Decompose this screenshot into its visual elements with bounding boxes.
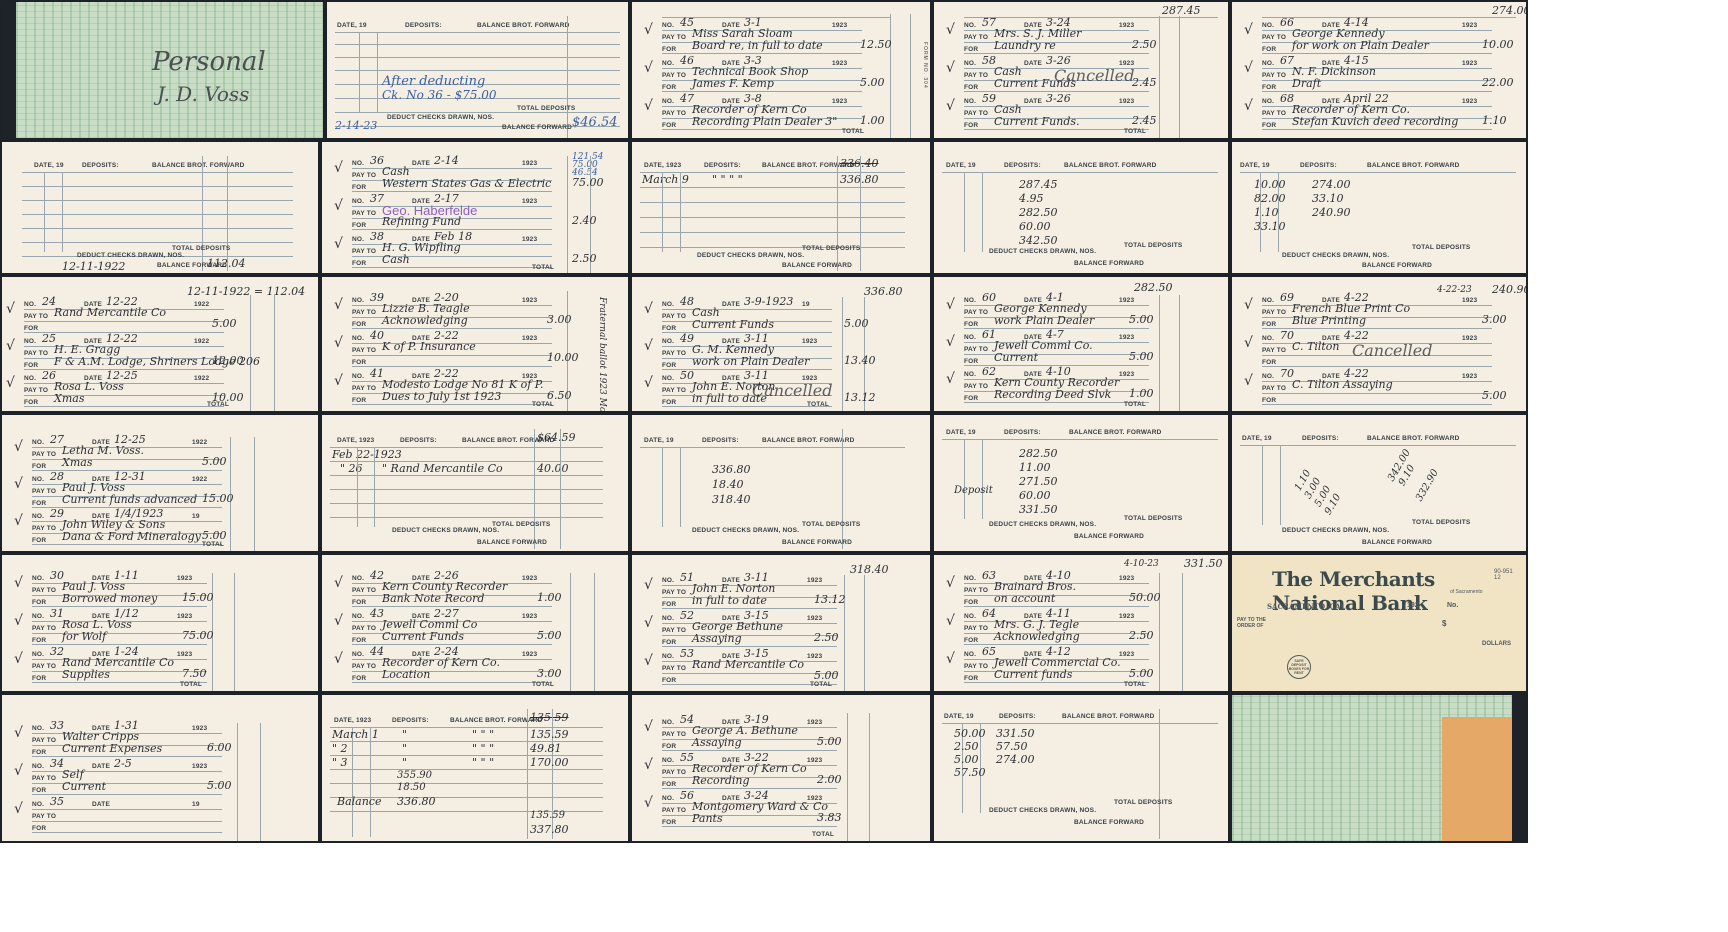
deposit-page-1: DATE, 19 DEPOSITS: BALANCE BROT. FORWARD… (325, 0, 630, 140)
no-label: NO. (352, 613, 364, 620)
check-mark-icon: √ (1244, 98, 1253, 114)
memo: Refining Fund (382, 215, 461, 228)
checkbook-collage: Personal J. D. Voss DATE, 19 DEPOSITS: B… (0, 0, 1728, 932)
total-deposits-label: TOTAL DEPOSITS (802, 245, 860, 252)
balance-value: 336.80 (397, 795, 436, 808)
rule (662, 739, 837, 740)
deduct-label: DEDUCT CHECKS DRAWN, NOS. (1282, 252, 1389, 259)
check-year: 19 (192, 801, 200, 808)
check-year: 1923 (832, 22, 847, 29)
no-label: NO. (352, 236, 364, 243)
check-mark-icon: √ (6, 375, 15, 391)
check-mark-icon: √ (946, 613, 955, 629)
check-mark-icon: √ (946, 98, 955, 114)
for-label: FOR (352, 637, 366, 644)
check-amount: 12.50 (860, 38, 892, 51)
for-label: FOR (32, 787, 46, 794)
rule (32, 633, 207, 634)
deposit-calc-value: 82.00 (1254, 192, 1286, 205)
check-stub-66: 274.00 √NO.66DATE4-141923PAY TOGeorge Ke… (1230, 0, 1528, 140)
stub-top-balance: 12-11-1922 = 112.04 (187, 285, 305, 298)
deposits-label: DEPOSITS: (400, 437, 437, 444)
no-label: NO. (964, 98, 976, 105)
check-no-label: No. (1447, 602, 1458, 609)
no-label: NO. (32, 575, 44, 582)
total-deposits-label: TOTAL DEPOSITS (517, 105, 575, 112)
pay-to-label: PAY TO (32, 813, 56, 820)
no-label: NO. (964, 334, 976, 341)
rule (1262, 53, 1492, 54)
no-label: NO. (662, 338, 674, 345)
safe-deposit-stamp: SAFE DEPOSIT BOXES FOR RENT (1287, 655, 1311, 679)
pay-to-label: PAY TO (662, 350, 686, 357)
for-label: FOR (352, 321, 366, 328)
check-amount: 2.40 (572, 214, 597, 227)
rule (964, 42, 1149, 43)
no-label: NO. (352, 297, 364, 304)
form-number: FORM NO. 304 (922, 42, 928, 89)
pay-to-label: PAY TO (352, 172, 376, 179)
check-amount: 5.00 (817, 735, 842, 748)
rule (24, 406, 224, 407)
no-label: NO. (662, 301, 674, 308)
no-label: NO. (1262, 297, 1274, 304)
check-year: 1923 (832, 60, 847, 67)
check-amount: 5.00 (207, 779, 232, 792)
check-year: 1923 (807, 653, 822, 660)
total-label: TOTAL (207, 401, 229, 408)
check-amount: 3.00 (1482, 313, 1507, 326)
deposit-calc-value: 11.00 (1019, 461, 1051, 474)
balance-brot-label: BALANCE BROT. FORWARD (1367, 435, 1460, 442)
no-label: NO. (32, 651, 44, 658)
memo: work on Plain Dealer (692, 355, 809, 368)
deposit-calc-value: 135.59 (530, 810, 565, 821)
deposit-page-2: DATE, 19 DEPOSITS: BALANCE BROT. FORWARD… (0, 140, 320, 275)
no-label: NO. (24, 301, 36, 308)
check-mark-icon: √ (644, 301, 653, 317)
for-label: FOR (964, 395, 978, 402)
check-year: 1923 (177, 575, 192, 582)
rule (662, 129, 862, 130)
check-mark-icon: √ (334, 651, 343, 667)
no-label: NO. (352, 198, 364, 205)
total-deposits-label: TOTAL DEPOSITS (492, 521, 550, 528)
date-label: DATE, 1923 (337, 437, 374, 444)
no-label: NO. (662, 757, 674, 764)
deposit-calc-value: 240.90 (1312, 206, 1351, 219)
for-label: FOR (352, 675, 366, 682)
deposit-calc-value: 342.50 (1019, 234, 1058, 247)
memo: Dues to July 1st 1923 (382, 390, 501, 403)
deduct-label: DEDUCT CHECKS DRAWN, NOS. (692, 527, 799, 534)
check-stub-39: Fraternal ballot 1923 Modesto Lodge No 8… (320, 275, 630, 413)
check-amount: 2.45 (1132, 76, 1157, 89)
memo: work Plain Dealer (994, 314, 1094, 327)
pay-to-label: PAY TO (352, 248, 376, 255)
deposit-page-7: DATE, 19 DEPOSITS: BALANCE BROT. FORWARD… (630, 413, 932, 553)
memo: Borrowed money (62, 592, 157, 605)
check-mark-icon: √ (334, 160, 343, 176)
pay-to-label: PAY TO (352, 210, 376, 217)
pay-to-label: PAY TO (24, 350, 48, 357)
memo: for work on Plain Dealer (1292, 39, 1429, 52)
pay-to-label: PAY TO (1262, 34, 1286, 41)
for-label: FOR (352, 184, 366, 191)
date-label: DATE (92, 763, 110, 770)
memo: Location (382, 668, 430, 681)
check-mark-icon: √ (644, 98, 653, 114)
pay-to-label: PAY TO (964, 34, 988, 41)
balance-brot-label: BALANCE BROT. FORWARD (762, 437, 855, 444)
ditto-mark: " (402, 728, 407, 741)
for-label: FOR (662, 325, 676, 332)
for-label: FOR (1262, 84, 1276, 91)
ditto-mark: " (402, 756, 407, 769)
check-mark-icon: √ (14, 513, 23, 529)
rule (32, 821, 222, 822)
date-label: DATE, 1923 (644, 162, 681, 169)
deposit-calc-value: 2.50 (954, 740, 979, 753)
check-mark-icon: √ (1244, 373, 1253, 389)
rule (964, 595, 1149, 596)
check-year: 1923 (177, 651, 192, 658)
no-label: NO. (1262, 98, 1274, 105)
for-label: FOR (1262, 122, 1276, 129)
check-stub-51: 318.40 √NO.51DATE3-111923PAY TOJohn E. N… (630, 553, 932, 693)
pay-to-label: PAY TO THE ORDER OF (1237, 617, 1277, 629)
memo: Assaying (692, 632, 742, 645)
memo: Current Funds (382, 630, 464, 643)
pay-to-label: PAY TO (662, 34, 686, 41)
memo: Blue Printing (1292, 314, 1366, 327)
check-year: 1923 (522, 651, 537, 658)
check-amount: 2.00 (817, 773, 842, 786)
deposit-page-4: DATE, 19 DEPOSITS: BALANCE BROT. FORWARD… (932, 140, 1230, 275)
check-year: 1923 (802, 338, 817, 345)
memo: Bank Note Record (382, 592, 484, 605)
deposit-calc-value: 4.95 (1019, 192, 1044, 205)
total-label: TOTAL (812, 831, 834, 838)
no-label: NO. (32, 725, 44, 732)
deposit-date: 12-11-1922 (62, 260, 125, 273)
deposits-label: DEPOSITS: (1300, 162, 1337, 169)
check-amount: 1.00 (537, 591, 562, 604)
pay-to-label: PAY TO (32, 625, 56, 632)
no-label: NO. (24, 338, 36, 345)
check-mark-icon: √ (14, 801, 23, 817)
pay-to-label: PAY TO (32, 587, 56, 594)
pay-to-label: PAY TO (964, 587, 988, 594)
deposits-label: DEPOSITS: (392, 717, 429, 724)
check-amount: 2.50 (814, 631, 839, 644)
rule (1262, 328, 1492, 329)
check-amount: 13.40 (844, 354, 876, 367)
memo: for Wolf (62, 630, 106, 643)
deposit-calc-value: 18.50 (397, 782, 426, 793)
payee: C. Tilton Assaying (1292, 378, 1393, 391)
checkbook-cover: Personal J. D. Voss (0, 0, 325, 140)
no-label: NO. (662, 719, 674, 726)
pay-to-label: PAY TO (24, 387, 48, 394)
ditto-mark: " " " (472, 756, 494, 769)
balance-value: $46.54 (572, 115, 618, 130)
deposit-calc-value: 355.90 (397, 770, 432, 781)
memo: James F. Kemp (692, 77, 774, 90)
check-mark-icon: √ (644, 615, 653, 631)
for-label: FOR (352, 359, 366, 366)
rule (964, 682, 1149, 683)
pay-to-label: PAY TO (964, 625, 988, 632)
no-label: NO. (32, 439, 44, 446)
total-label: TOTAL (1124, 128, 1146, 135)
check-year: 1923 (1462, 22, 1477, 29)
balance-brot-label: BALANCE BROT. FORWARD (152, 162, 245, 169)
deposit-calc-value: 282.50 (1019, 447, 1058, 460)
deposits-label: DEPOSITS: (704, 162, 741, 169)
check-mark-icon: √ (946, 297, 955, 313)
pay-to-label: PAY TO (662, 72, 686, 79)
date-label: DATE, 19 (644, 437, 674, 444)
pocket-tab (1442, 717, 1512, 843)
balance-forward-label: BALANCE FORWARD (477, 539, 547, 546)
total-deposits-label: TOTAL DEPOSITS (172, 245, 230, 252)
no-label: NO. (964, 60, 976, 67)
pay-to-label: PAY TO (662, 665, 686, 672)
check-amount: 2.45 (1132, 114, 1157, 127)
check-amount: 6.00 (207, 741, 232, 754)
deduct-label: DEDUCT CHECKS DRAWN, NOS. (1282, 527, 1389, 534)
memo: Current Expenses (62, 742, 162, 755)
balance-value: $64.59 (537, 431, 576, 444)
pay-to-label: PAY TO (32, 663, 56, 670)
pay-to-label: PAY TO (32, 737, 56, 744)
check-mark-icon: √ (946, 334, 955, 350)
total-label: TOTAL (180, 681, 202, 688)
for-label: FOR (662, 362, 676, 369)
pay-to-label: PAY TO (964, 346, 988, 353)
pay-to-label: PAY TO (32, 775, 56, 782)
check-mark-icon: √ (6, 338, 15, 354)
cover-title: Personal (152, 47, 266, 77)
balance-crossed: 135.59 (530, 711, 569, 724)
check-amount: 5.00 (1129, 313, 1154, 326)
check-mark-icon: √ (644, 22, 653, 38)
deduct-label: DEDUCT CHECKS DRAWN, NOS. (697, 252, 804, 259)
pay-to-label: PAY TO (662, 627, 686, 634)
for-label: FOR (964, 599, 978, 606)
no-label: NO. (352, 651, 364, 658)
check-year: 1923 (522, 335, 537, 342)
memo: Acknowledging (994, 630, 1080, 643)
pay-to-label: PAY TO (352, 587, 376, 594)
balance-forward-label: BALANCE FORWARD (1074, 819, 1144, 826)
memo: Current (994, 351, 1038, 364)
check-stub-60: 282.50 √NO.60DATE4-11923PAY TOGeorge Ken… (932, 275, 1230, 413)
pay-to-label: PAY TO (964, 663, 988, 670)
deposit-calc-value: 60.00 (1019, 220, 1051, 233)
pay-to-label: PAY TO (352, 347, 376, 354)
for-label: FOR (352, 397, 366, 404)
check-year: 1922 (192, 476, 207, 483)
check-year: 1922 (192, 439, 207, 446)
checkbook-back-cover (1230, 693, 1528, 843)
deposit-page-6: DATE, 1923 DEPOSITS: BALANCE BROT. FORWA… (320, 413, 630, 553)
pay-to-label: PAY TO (662, 731, 686, 738)
no-label: NO. (32, 513, 44, 520)
check-stub-63: 4-10-23 331.50 √NO.63DATE4-101923PAY TOB… (932, 553, 1230, 693)
deposit-date: " 2 (332, 742, 348, 755)
for-label: FOR (1262, 397, 1276, 404)
check-mark-icon: √ (14, 651, 23, 667)
cancelled-mark: Cancelled (1352, 341, 1432, 360)
for-label: FOR (964, 46, 978, 53)
pay-to-label: PAY TO (662, 769, 686, 776)
for-label: FOR (964, 321, 978, 328)
total-label: TOTAL (202, 541, 224, 548)
memo: Current Funds (692, 318, 774, 331)
deposit-date: March 1 (332, 728, 379, 741)
pay-to-label: PAY TO (964, 110, 988, 117)
no-label: NO. (24, 375, 36, 382)
date-label: DATE, 19 (337, 22, 367, 29)
rule (662, 635, 837, 636)
check-year: 1923 (807, 719, 822, 726)
check-amount: 5.00 (1129, 667, 1154, 680)
memo: Recording Plain Dealer 3" (692, 115, 837, 128)
no-label: NO. (662, 577, 674, 584)
no-label: NO. (662, 22, 674, 29)
check-number: 35 (50, 795, 64, 808)
check-year: 1923 (522, 297, 537, 304)
stub-top-balance: 274.00 (1492, 4, 1528, 17)
check-year: 1923 (1119, 297, 1134, 304)
for-label: FOR (662, 677, 676, 684)
check-amount: 5.00 (1482, 389, 1507, 402)
back-spine (1512, 695, 1528, 843)
no-label: NO. (662, 98, 674, 105)
deposit-amount: 49.81 (530, 742, 562, 755)
check-mark-icon: √ (644, 653, 653, 669)
for-label: FOR (662, 819, 676, 826)
bank-location: of Sacramento (1450, 589, 1483, 595)
check-amount: 75.00 (572, 176, 604, 189)
deposit-page-3: DATE, 1923 DEPOSITS: BALANCE BROT. FORWA… (630, 140, 932, 275)
deposit-page-11: DATE, 19 DEPOSITS: BALANCE BROT. FORWARD… (932, 693, 1230, 843)
deduct-label: DEDUCT CHECKS DRAWN, NOS. (989, 807, 1096, 814)
year-prefix: 192 (1407, 602, 1419, 609)
stub-top-balance: 336.80 (864, 285, 903, 298)
check-date: 2-14 (434, 154, 459, 167)
total-label: TOTAL (1124, 681, 1146, 688)
check-mark-icon: √ (1244, 297, 1253, 313)
pay-to-label: PAY TO (662, 807, 686, 814)
memo: Recording (692, 774, 750, 787)
check-amount: 1.00 (860, 114, 885, 127)
date-label: DATE (1024, 98, 1042, 105)
deposit-date: Feb 22-1923 (332, 448, 402, 461)
check-year: 1923 (1119, 22, 1134, 29)
for-label: FOR (32, 749, 46, 756)
check-mark-icon: √ (644, 719, 653, 735)
deposit-calc-value: 33.10 (1312, 192, 1344, 205)
deposit-amount: 170.00 (530, 756, 569, 769)
total-deposits-label: TOTAL DEPOSITS (1412, 519, 1470, 526)
check-stub-36: 121.54 75.00 46.54 √NO.36DATE2-141923PAY… (320, 140, 630, 275)
rule (32, 809, 222, 810)
rule (24, 321, 224, 322)
rule (662, 309, 832, 310)
check-year: 1923 (192, 763, 207, 770)
pay-to-label: PAY TO (32, 451, 56, 458)
no-label: NO. (352, 373, 364, 380)
routing-number: 90-951 12 (1494, 569, 1513, 581)
for-label: FOR (1262, 46, 1276, 53)
deposit-calc-value: 282.50 (1019, 206, 1058, 219)
deposit-note: " Rand Mercantile Co (382, 462, 503, 475)
for-label: FOR (964, 358, 978, 365)
check-year: 1923 (522, 575, 537, 582)
balance-value: 112.04 (207, 257, 246, 270)
deposit-page-9: DATE, 19 DEPOSITS: BALANCE BROT. FORWARD… (1230, 413, 1528, 553)
check-year: 1923 (1119, 651, 1134, 658)
check-amount: 5.00 (860, 76, 885, 89)
for-label: FOR (662, 46, 676, 53)
for-label: FOR (964, 122, 978, 129)
pay-to-label: PAY TO (662, 589, 686, 596)
check-year: 1923 (1119, 98, 1134, 105)
no-label: NO. (964, 575, 976, 582)
check-mark-icon: √ (14, 476, 23, 492)
rule (32, 544, 222, 545)
deposit-calc-value: 33.10 (1254, 220, 1286, 233)
pay-to-label: PAY TO (32, 525, 56, 532)
check-mark-icon: √ (946, 22, 955, 38)
no-label: NO. (964, 22, 976, 29)
rule (32, 771, 222, 772)
check-mark-icon: √ (14, 725, 23, 741)
check-stub-54: √NO.54DATE3-191923PAY TOGeorge A. Bethun… (630, 693, 932, 843)
for-label: FOR (32, 675, 46, 682)
deposit-amount: 40.00 (537, 462, 569, 475)
ditto-mark: " (402, 742, 407, 755)
memo: Assaying (692, 736, 742, 749)
check-year: 1923 (522, 236, 537, 243)
balance-forward-label: BALANCE FORWARD (782, 539, 852, 546)
for-label: FOR (662, 84, 676, 91)
check-mark-icon: √ (1244, 22, 1253, 38)
pay-to-label: PAY TO (352, 663, 376, 670)
deposits-label: DEPOSITS: (999, 713, 1036, 720)
balance-forward-label: BALANCE FORWARD (1074, 260, 1144, 267)
memo: Supplies (62, 668, 110, 681)
deposit-date: 2-14-23 (335, 119, 377, 132)
no-label: NO. (1262, 373, 1274, 380)
memo: Current (62, 780, 106, 793)
no-label: NO. (662, 615, 674, 622)
check-year: 1923 (1119, 334, 1134, 341)
rule (32, 459, 222, 460)
check-year: 1923 (1119, 613, 1134, 620)
check-stub-30: √NO.30DATE1-111923PAY TOPaul J. VossFORB… (0, 553, 320, 693)
check-year: 1923 (807, 757, 822, 764)
check-amount: 15.00 (202, 492, 234, 505)
check-amount: 75.00 (182, 629, 214, 642)
check-mark-icon: √ (644, 60, 653, 76)
bank-check: The Merchants National Bank of Sacrament… (1230, 553, 1528, 693)
deduct-label: DEDUCT CHECKS DRAWN, NOS. (387, 114, 494, 121)
check-mark-icon: √ (1244, 335, 1253, 351)
